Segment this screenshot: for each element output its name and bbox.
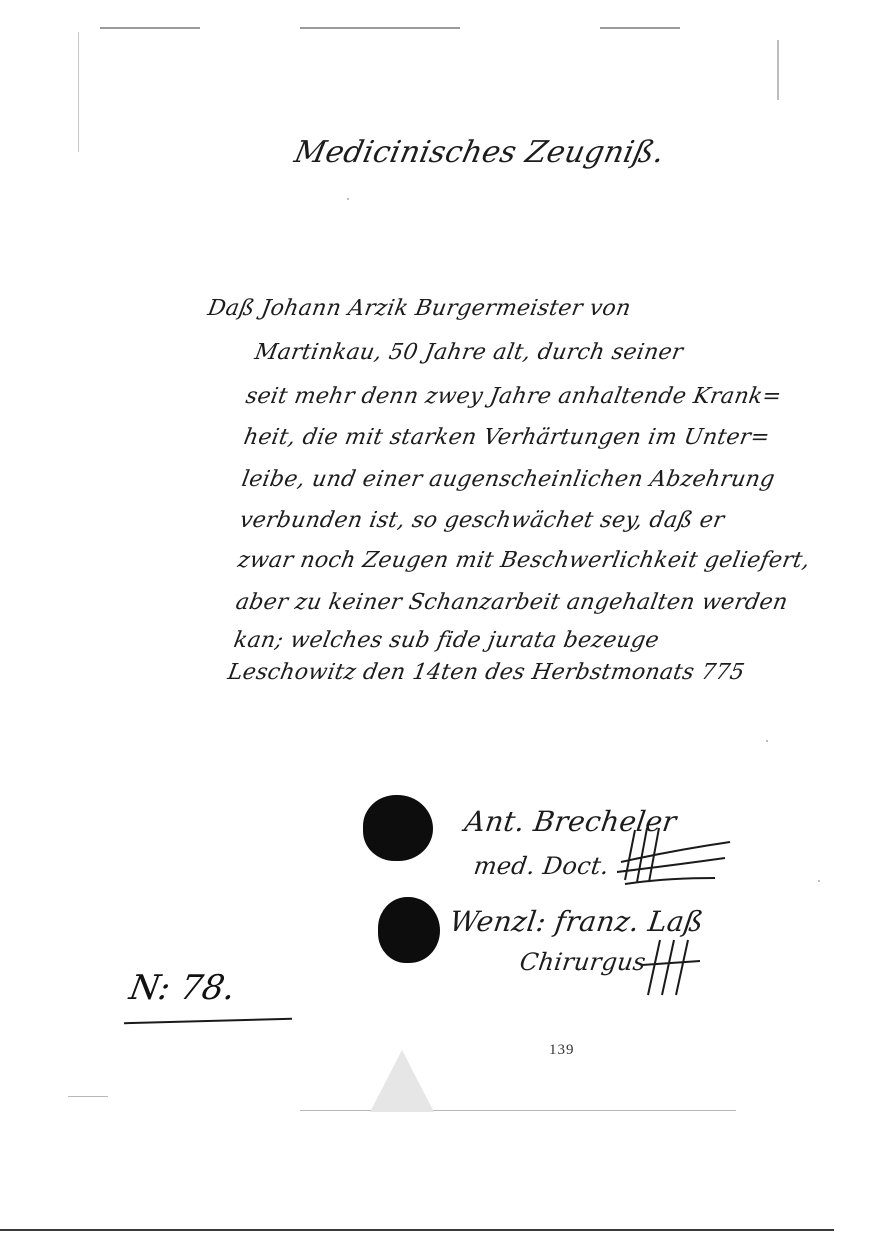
body-line: aber zu keiner Schanzarbeit angehalten w… [234, 590, 790, 615]
body-line: Leschowitz den 14ten des Herbstmonats 77… [226, 660, 747, 685]
wax-seal [363, 795, 433, 861]
scan-speck [766, 740, 768, 742]
body-line: Daß Johann Arzik Burgermeister von [206, 296, 633, 321]
wax-seal [378, 897, 440, 963]
body-line: Martinkau, 50 Jahre alt, durch seiner [253, 340, 685, 365]
body-line: zwar noch Zeugen mit Beschwerlichkeit ge… [236, 548, 812, 573]
page-edge-bottom [300, 1110, 736, 1111]
page-edge-top [600, 27, 680, 29]
document-title: Medicinisches Zeugniß. [291, 135, 667, 170]
body-line: heit, die mit starken Verhärtungen im Un… [242, 425, 772, 450]
page-edge-bottom [68, 1096, 108, 1097]
signature-name: Wenzl: franz. Laß [448, 905, 706, 938]
signature-title: Chirurgus [518, 948, 648, 976]
page-edge-top [100, 27, 200, 29]
scan-smudge [370, 1050, 434, 1112]
page-edge-right [777, 40, 779, 100]
body-line: verbunden ist, so geschwächet sey, daß e… [238, 508, 726, 533]
body-line: kan; welches sub fide jurata bezeuge [232, 628, 661, 653]
page-edge-top [300, 27, 460, 29]
scan-speck [818, 880, 820, 882]
scan-speck [347, 198, 349, 200]
body-line: seit mehr denn zwey Jahre anhaltende Kra… [244, 384, 784, 409]
signature-flourish [615, 820, 740, 900]
page-edge-left [78, 32, 79, 152]
signature-flourish [640, 935, 710, 1000]
document-number: N: 78. [126, 968, 238, 1008]
body-line: leibe, und einer augenscheinlichen Abzeh… [240, 467, 777, 492]
document-number-underline [124, 1018, 292, 1024]
scan-bottom-rule [0, 1229, 834, 1231]
folio-number: 139 [549, 1042, 575, 1059]
signature-title: med. Doct. [472, 852, 611, 880]
